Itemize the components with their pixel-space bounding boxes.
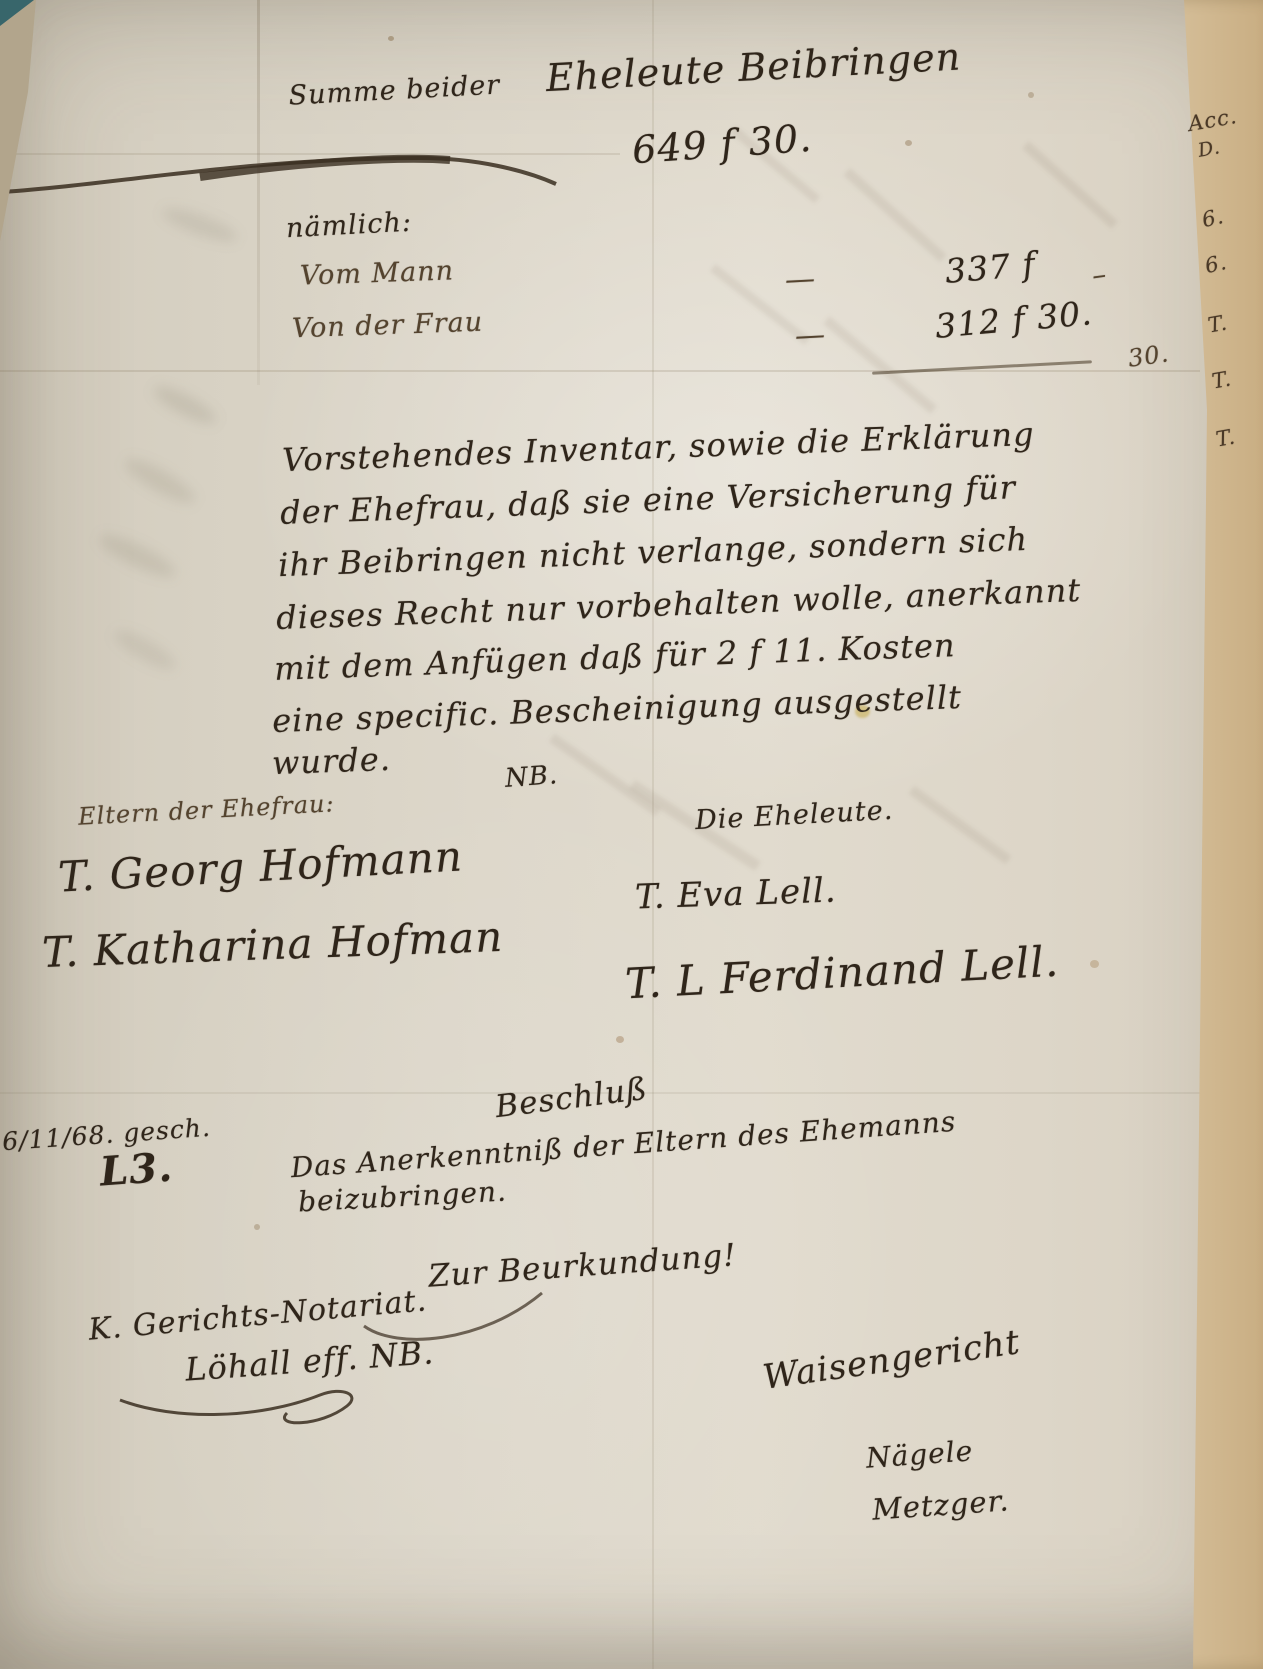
side-page-mark: T. — [1214, 424, 1237, 451]
body-line: eine specific. Bescheinigung ausgestellt — [272, 678, 963, 740]
signature-name: T. Georg Hofmann — [57, 831, 464, 901]
signature-name: T. Eva Lell. — [634, 870, 837, 917]
page-title: Summe beider Eheleute Beibringen — [287, 34, 962, 113]
resolution-heading: Beschluß — [493, 1071, 649, 1125]
entry-label-man: Vom Mann — [300, 255, 455, 291]
body-line: dieses Recht nur vorbehalten wolle, aner… — [276, 571, 1082, 637]
left-party-heading: Eltern der Ehefrau: — [77, 789, 335, 830]
court-signature: Metzger. — [871, 1483, 1010, 1527]
amount-underline — [872, 360, 1092, 375]
court-signature: Nägele — [865, 1434, 974, 1474]
signature-name: T. L Ferdinand Lell. — [624, 937, 1060, 1009]
body-line: ihr Beibringen nicht verlange, sondern s… — [278, 520, 1029, 584]
signature-name: T. Katharina Hofman — [41, 912, 504, 977]
bleed-through-mark — [1022, 141, 1118, 229]
side-page-mark: T. — [1206, 310, 1229, 337]
body-line: mit dem Anfügen daß für 2 f 11. Kosten — [274, 626, 957, 688]
side-page-mark: 6. — [1203, 250, 1230, 278]
body-line: der Ehefrau, daß sie eine Versicherung f… — [280, 468, 1017, 532]
side-page-mark: 6. — [1200, 204, 1227, 232]
entry-amount-wife: 312 f 30. — [934, 293, 1094, 346]
nb-mark: NB. — [504, 760, 559, 794]
entry-amount-man: 337 f — [943, 244, 1037, 291]
paper-freckle — [616, 1036, 624, 1043]
total-amount: 649 f 30. — [631, 116, 814, 172]
header-flourish — [0, 146, 580, 206]
bleed-through-mark — [823, 316, 937, 414]
fold-crease-vertical-center — [652, 0, 654, 1669]
bleed-through-mark — [909, 786, 1012, 865]
right-party-heading: Die Eheleute. — [694, 795, 894, 836]
entry-dash: — — [794, 317, 827, 354]
entry-label-wife: Von der Frau — [292, 307, 484, 345]
bleed-through-mark — [843, 168, 946, 262]
ink-smudge — [149, 380, 220, 431]
paper-freckle — [1090, 960, 1099, 968]
body-line: Vorstehendes Inventar, sowie die Erkläru… — [282, 415, 1036, 479]
namely-label: nämlich: — [285, 207, 412, 245]
entry-amount-tail-dash: – — [1090, 257, 1109, 292]
book-cover-corner — [0, 0, 34, 26]
body-line: wurde. — [271, 740, 391, 782]
stray-amount: 30. — [1126, 339, 1171, 372]
bleed-through-mark — [549, 734, 661, 817]
fold-crease-horizontal-upper — [0, 370, 1200, 372]
document-photo: Summe beider Eheleute Beibringen 649 f 3… — [0, 0, 1263, 1669]
paper-freckle — [388, 36, 394, 41]
paper-freckle — [1028, 92, 1034, 98]
resolution-line: Das Anerkenntniß der Eltern des Ehemanns — [290, 1105, 958, 1184]
certification-line: Zur Beurkundung! — [427, 1237, 738, 1294]
entry-dash: — — [784, 261, 817, 298]
notary-flourish — [115, 1375, 375, 1445]
ink-smudge — [94, 527, 180, 584]
manuscript-page: Summe beider Eheleute Beibringen 649 f 3… — [0, 0, 1263, 1669]
margin-mark: L3. — [98, 1144, 174, 1196]
paper-freckle — [254, 1224, 260, 1230]
ink-smudge — [110, 624, 181, 676]
title-small-text: Summe beider — [288, 70, 501, 112]
paper-freckle — [905, 140, 912, 146]
court-office: Waisengericht — [760, 1322, 1022, 1398]
ink-smudge — [120, 451, 200, 510]
title-large-text: Eheleute Beibringen — [545, 34, 962, 100]
side-page-mark: D. — [1196, 136, 1222, 162]
ink-smudge — [159, 202, 241, 248]
side-page-mark: T. — [1210, 366, 1233, 393]
